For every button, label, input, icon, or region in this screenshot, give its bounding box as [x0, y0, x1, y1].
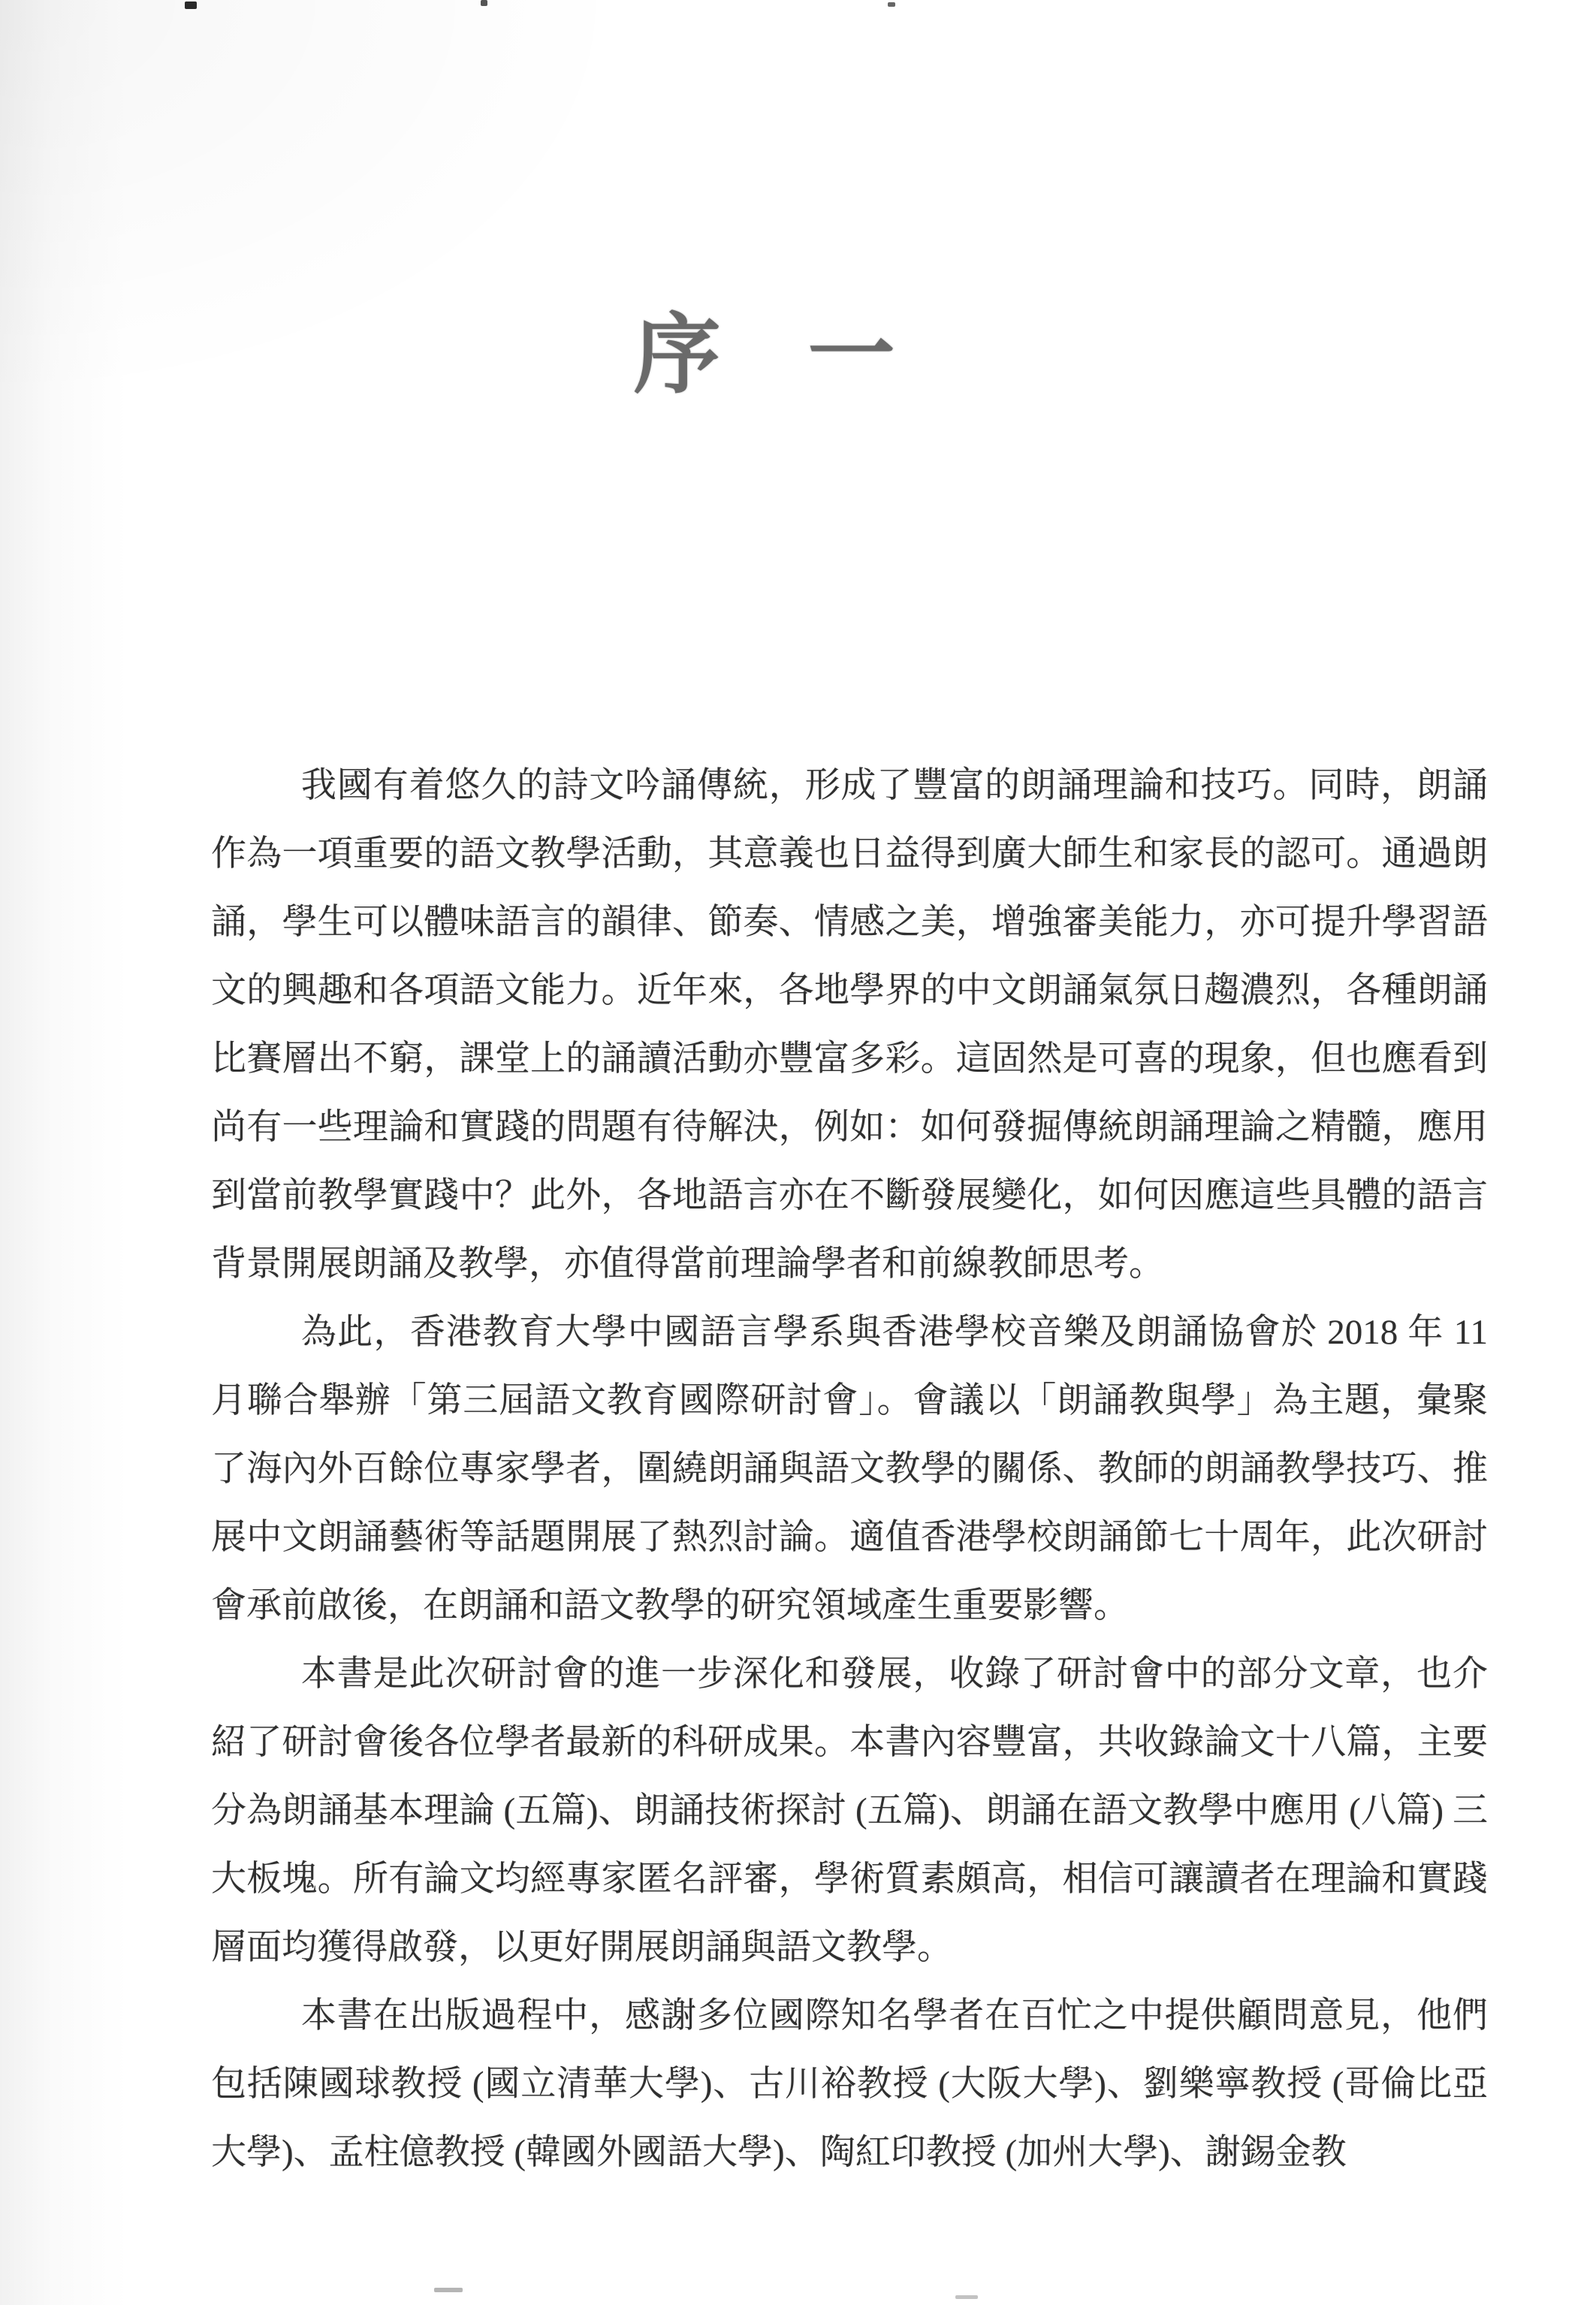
scan-artifact	[185, 2, 197, 9]
preface-paragraph-2: 為此，香港教育大學中國語言學系與香港學校音樂及朗誦協會於 2018 年 11 月…	[211, 1299, 1488, 1640]
preface-paragraph-4: 本書在出版過程中，感謝多位國際知名學者在百忙之中提供顧問意見，他們包括陳國球教授…	[211, 1982, 1488, 2187]
preface-title: 序 一	[634, 302, 895, 411]
scan-artifact	[888, 2, 895, 7]
preface-paragraph-1: 我國有着悠久的詩文吟誦傳統，形成了豐富的朗誦理論和技巧。同時，朗誦作為一項重要的…	[211, 752, 1488, 1299]
scan-artifact	[434, 2288, 463, 2292]
preface-paragraph-3: 本書是此次研討會的進一步深化和發展，收錄了研討會中的部分文章，也介紹了研討會後各…	[211, 1640, 1488, 1982]
scan-artifact	[481, 0, 487, 6]
book-page: 序 一 我國有着悠久的詩文吟誦傳統，形成了豐富的朗誦理論和技巧。同時，朗誦作為一…	[0, 0, 1596, 2305]
preface-body: 我國有着悠久的詩文吟誦傳統，形成了豐富的朗誦理論和技巧。同時，朗誦作為一項重要的…	[211, 752, 1488, 2187]
scan-artifact	[955, 2295, 978, 2299]
